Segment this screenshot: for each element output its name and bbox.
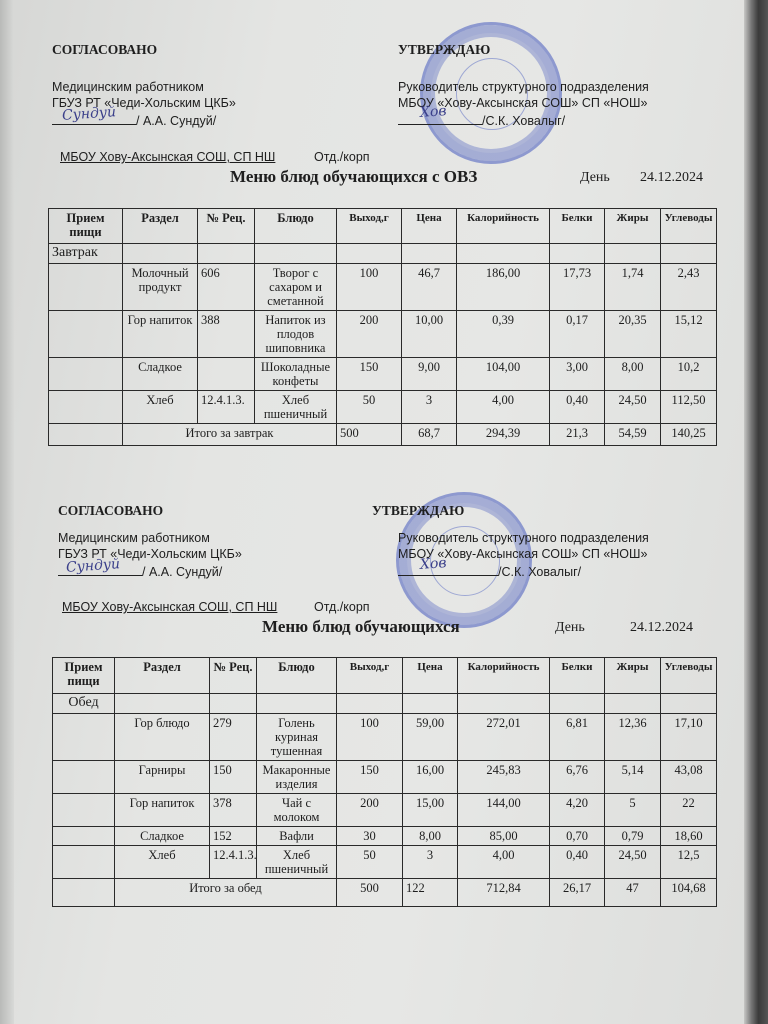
- cell-section: Гор напиток: [115, 794, 210, 827]
- cell-fat: 5: [605, 794, 661, 827]
- cell-kcal: 85,00: [458, 827, 550, 846]
- day-label: День: [555, 620, 585, 636]
- cell-carbs: 2,43: [661, 264, 717, 311]
- col-carbs: Углеводы: [661, 209, 717, 244]
- table-row: СладкоеШоколадные конфеты1509,00104,003,…: [49, 358, 717, 391]
- total-yield: 500: [337, 424, 402, 446]
- paper-edge-right: [744, 0, 768, 1024]
- cell-price: 3: [402, 391, 457, 424]
- cell-recipe: 150: [210, 761, 257, 794]
- approved-role: Руководитель структурного подразделения: [398, 531, 649, 545]
- total-protein: 21,3: [550, 424, 605, 446]
- cell-section: Хлеб: [115, 846, 210, 879]
- cell-dish: Макаронные изделия: [257, 761, 337, 794]
- cell-price: 3: [403, 846, 458, 879]
- agreed-label: СОГЛАСОВАНО: [52, 42, 157, 58]
- col-dish: Блюдо: [257, 658, 337, 694]
- cell-price: 15,00: [403, 794, 458, 827]
- cell-price: 8,00: [403, 827, 458, 846]
- total-yield: 500: [337, 879, 403, 907]
- meal-row: Завтрак: [49, 244, 717, 264]
- cell-carbs: 10,2: [661, 358, 717, 391]
- col-fat: Жиры: [605, 209, 661, 244]
- col-yield: Выход,г: [337, 658, 403, 694]
- cell-recipe: 388: [198, 311, 255, 358]
- cell-section: Молочный продукт: [123, 264, 198, 311]
- cell-fat: 1,74: [605, 264, 661, 311]
- table-header: Прием пищи Раздел № Рец. Блюдо Выход,г Ц…: [49, 209, 717, 244]
- table-row: Гарниры150Макаронные изделия15016,00245,…: [53, 761, 717, 794]
- col-price: Цена: [402, 209, 457, 244]
- cell-yield: 150: [337, 358, 402, 391]
- cell-section: Гор блюдо: [115, 714, 210, 761]
- cell-protein: 0,70: [550, 827, 605, 846]
- agreed-name: / А.А. Сундуй/: [142, 565, 222, 579]
- cell-dish: Чай с молоком: [257, 794, 337, 827]
- total-row: Итого за обед 500 122 712,84 26,17 47 10…: [53, 879, 717, 907]
- cell-fat: 20,35: [605, 311, 661, 358]
- cell-carbs: 18,60: [661, 827, 717, 846]
- lunch-menu-table: Прием пищи Раздел № Рец. Блюдо Выход,г Ц…: [52, 657, 717, 907]
- cell-dish: Вафли: [257, 827, 337, 846]
- cell-price: 59,00: [403, 714, 458, 761]
- table-row: Хлеб12.4.1.3.Хлеб пшеничный5034,000,4024…: [49, 391, 717, 424]
- cell-recipe: 12.4.1.3.: [198, 391, 255, 424]
- approved-role: Руководитель структурного подразделения: [398, 80, 649, 94]
- total-label: Итого за завтрак: [123, 424, 337, 446]
- meal-name: Завтрак: [49, 244, 123, 264]
- cell-protein: 0,40: [550, 391, 605, 424]
- cell-carbs: 112,50: [661, 391, 717, 424]
- cell-section: Гарниры: [115, 761, 210, 794]
- department-label: Отд./корп: [314, 600, 370, 614]
- meal-row: Обед: [53, 694, 717, 714]
- table-row: Хлеб12.4.1.3.Хлеб пшеничный5034,000,4024…: [53, 846, 717, 879]
- cell-yield: 200: [337, 794, 403, 827]
- cell-protein: 0,40: [550, 846, 605, 879]
- cell-section: Хлеб: [123, 391, 198, 424]
- approved-label: УТВЕРЖДАЮ: [372, 503, 464, 519]
- cell-protein: 6,81: [550, 714, 605, 761]
- cell-yield: 30: [337, 827, 403, 846]
- total-fat: 54,59: [605, 424, 661, 446]
- cell-recipe: 279: [210, 714, 257, 761]
- meal-name: Обед: [53, 694, 115, 714]
- table-header: Прием пищи Раздел № Рец. Блюдо Выход,г Ц…: [53, 658, 717, 694]
- col-section: Раздел: [115, 658, 210, 694]
- col-kcal: Калорийность: [458, 658, 550, 694]
- agreed-role: Медицинским работником: [52, 80, 204, 94]
- col-recipe: № Рец.: [210, 658, 257, 694]
- department-label: Отд./корп: [314, 150, 370, 164]
- cell-price: 16,00: [403, 761, 458, 794]
- cell-carbs: 17,10: [661, 714, 717, 761]
- menu-date: 24.12.2024: [640, 170, 703, 186]
- cell-kcal: 4,00: [457, 391, 550, 424]
- day-label: День: [580, 170, 610, 186]
- cell-recipe: [198, 358, 255, 391]
- signature-icon: Хов: [419, 103, 447, 121]
- total-price: 122: [403, 879, 458, 907]
- cell-fat: 24,50: [605, 391, 661, 424]
- cell-kcal: 245,83: [458, 761, 550, 794]
- cell-recipe: 152: [210, 827, 257, 846]
- approved-label: УТВЕРЖДАЮ: [398, 42, 490, 58]
- total-carbs: 104,68: [661, 879, 717, 907]
- cell-yield: 100: [337, 264, 402, 311]
- cell-dish: Напиток из плодов шиповника: [255, 311, 337, 358]
- cell-yield: 200: [337, 311, 402, 358]
- cell-section: Сладкое: [115, 827, 210, 846]
- total-kcal: 294,39: [457, 424, 550, 446]
- school-name: МБОУ Хову-Аксынская СОШ, СП НШ: [62, 600, 277, 614]
- cell-kcal: 4,00: [458, 846, 550, 879]
- total-price: 68,7: [402, 424, 457, 446]
- cell-yield: 150: [337, 761, 403, 794]
- col-meal: Прием пищи: [53, 658, 115, 694]
- cell-price: 9,00: [402, 358, 457, 391]
- signature-icon: Хов: [419, 555, 447, 573]
- cell-price: 46,7: [402, 264, 457, 311]
- cell-fat: 8,00: [605, 358, 661, 391]
- cell-dish: Голень куриная тушенная: [257, 714, 337, 761]
- total-row: Итого за завтрак 500 68,7 294,39 21,3 54…: [49, 424, 717, 446]
- cell-carbs: 12,5: [661, 846, 717, 879]
- col-section: Раздел: [123, 209, 198, 244]
- cell-recipe: 606: [198, 264, 255, 311]
- menu-date: 24.12.2024: [630, 620, 693, 636]
- table-row: Гор блюдо279Голень куриная тушенная10059…: [53, 714, 717, 761]
- cell-fat: 24,50: [605, 846, 661, 879]
- breakfast-menu-table: Прием пищи Раздел № Рец. Блюдо Выход,г Ц…: [48, 208, 717, 446]
- paper-edge-left: [0, 0, 14, 1024]
- cell-protein: 6,76: [550, 761, 605, 794]
- cell-fat: 0,79: [605, 827, 661, 846]
- approved-name: /С.К. Ховалыг/: [498, 565, 581, 579]
- approved-name: /С.К. Ховалыг/: [482, 114, 565, 128]
- cell-kcal: 272,01: [458, 714, 550, 761]
- cell-protein: 17,73: [550, 264, 605, 311]
- agreed-label: СОГЛАСОВАНО: [58, 503, 163, 519]
- cell-kcal: 144,00: [458, 794, 550, 827]
- cell-protein: 4,20: [550, 794, 605, 827]
- col-carbs: Углеводы: [661, 658, 717, 694]
- col-protein: Белки: [550, 658, 605, 694]
- cell-kcal: 104,00: [457, 358, 550, 391]
- cell-protein: 3,00: [550, 358, 605, 391]
- cell-dish: Хлеб пшеничный: [255, 391, 337, 424]
- col-kcal: Калорийность: [457, 209, 550, 244]
- cell-fat: 5,14: [605, 761, 661, 794]
- col-fat: Жиры: [605, 658, 661, 694]
- table-row: Гор напиток378Чай с молоком20015,00144,0…: [53, 794, 717, 827]
- cell-recipe: 378: [210, 794, 257, 827]
- cell-section: Гор напиток: [123, 311, 198, 358]
- cell-recipe: 12.4.1.3.: [210, 846, 257, 879]
- cell-kcal: 186,00: [457, 264, 550, 311]
- school-name: МБОУ Хову-Аксынская СОШ, СП НШ: [60, 150, 275, 164]
- menu-title: Меню блюд обучающихся с ОВЗ: [230, 167, 477, 187]
- cell-yield: 100: [337, 714, 403, 761]
- agreed-name: / А.А. Сундуй/: [136, 114, 216, 128]
- col-dish: Блюдо: [255, 209, 337, 244]
- table-row: Гор напиток388Напиток из плодов шиповник…: [49, 311, 717, 358]
- total-protein: 26,17: [550, 879, 605, 907]
- col-price: Цена: [403, 658, 458, 694]
- total-label: Итого за обед: [115, 879, 337, 907]
- table-row: Молочный продукт606Творог с сахаром и см…: [49, 264, 717, 311]
- col-protein: Белки: [550, 209, 605, 244]
- col-recipe: № Рец.: [198, 209, 255, 244]
- cell-carbs: 15,12: [661, 311, 717, 358]
- total-carbs: 140,25: [661, 424, 717, 446]
- cell-dish: Творог с сахаром и сметанной: [255, 264, 337, 311]
- cell-yield: 50: [337, 391, 402, 424]
- cell-protein: 0,17: [550, 311, 605, 358]
- cell-price: 10,00: [402, 311, 457, 358]
- cell-carbs: 22: [661, 794, 717, 827]
- cell-yield: 50: [337, 846, 403, 879]
- total-kcal: 712,84: [458, 879, 550, 907]
- col-yield: Выход,г: [337, 209, 402, 244]
- cell-dish: Хлеб пшеничный: [257, 846, 337, 879]
- cell-carbs: 43,08: [661, 761, 717, 794]
- table-row: Сладкое152Вафли308,0085,000,700,7918,60: [53, 827, 717, 846]
- cell-section: Сладкое: [123, 358, 198, 391]
- cell-kcal: 0,39: [457, 311, 550, 358]
- col-meal: Прием пищи: [49, 209, 123, 244]
- cell-fat: 12,36: [605, 714, 661, 761]
- total-fat: 47: [605, 879, 661, 907]
- menu-title: Меню блюд обучающихся: [262, 617, 460, 637]
- cell-dish: Шоколадные конфеты: [255, 358, 337, 391]
- agreed-role: Медицинским работником: [58, 531, 210, 545]
